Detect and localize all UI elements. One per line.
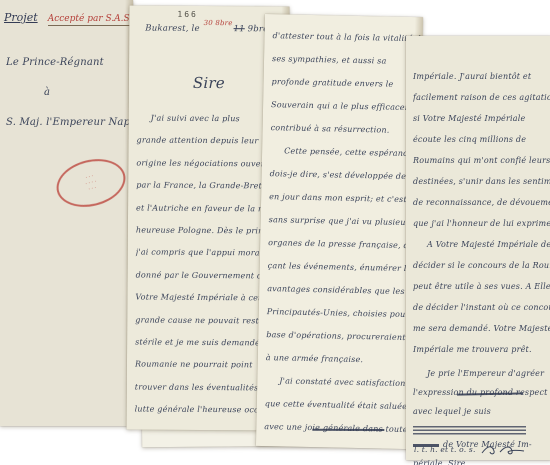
handwritten-line: Principautés-Unies, choisies pour [267,300,417,326]
handwritten-line: en jour dans mon esprit; et c'est [269,185,419,211]
handwritten-line: avec lequel je suis [413,402,550,421]
page3-body-text: Impériale. J'aurai bientôt etfacilement … [413,66,550,360]
handwritten-line: ses sympathies, et aussi sa [272,47,422,73]
handwritten-line: avec une joie générale dans toutes [264,415,414,441]
handwritten-line: destinées, s'unir dans les sentiments [413,171,550,192]
handwritten-line: de décider l'instant où ce concours [413,297,550,318]
handwritten-line: si Votre Majesté Impériale [413,108,550,129]
handwritten-line: facilement raison de ces agitations [413,87,550,108]
handwritten-line: Le Prince-Régnant [6,48,130,78]
handwritten-line: Roumains qui m'ont confié leurs [413,150,550,171]
stamp-row: · · · [88,185,97,193]
handwritten-line: organes de la presse française, devan- [268,231,418,257]
manuscript-page-2: d'attester tout à la fois la vitalité de… [256,14,423,449]
annotation-projet: Projet [4,11,38,24]
handwritten-line: peut être utile à ses vues. A Elle [413,276,550,297]
signature-abbreviation: l. t. h. et t. o. s. [414,445,476,454]
manuscript-page-3: Impériale. J'aurai bientôt etfacilement … [406,36,550,460]
dateline-red-correction: 30 8bre [204,19,233,27]
handwritten-line: Je prie l'Empereur d'agréer [413,364,550,383]
handwritten-line: d'attester tout à la fois la vitalité de [272,24,422,50]
handwritten-line: me sera demandé. Votre Majesté [413,318,550,339]
handwritten-line: avantages considérables que les [267,277,417,303]
cover-title: Le Prince-RégnantàS. Maj. l'Empereur Nap… [6,48,130,138]
handwritten-line: dois-je dire, s'est développée de jour [269,162,419,188]
handwritten-line: à [6,78,130,108]
handwritten-line: que j'ai l'honneur de lui exprimer. [413,213,550,234]
handwritten-line: profonde gratitude envers le [271,70,421,96]
handwritten-line [413,426,526,435]
handwritten-line: à une armée française. [266,346,416,372]
handwritten-line: çant les événements, énumérer les [267,254,417,280]
handwritten-line: A Votre Majesté Impériale de [413,234,550,255]
dateline-place: Bukarest, le [145,24,202,34]
handwritten-line: Impériale. J'aurai bientôt et [413,66,550,87]
manuscript-page-cover: Projet Accepté par S.A.S. Le Prince-Régn… [0,0,133,426]
archive-stamp-icon: · · · · · · · · · · [51,152,130,214]
handwritten-line: Impériale me trouvera prêt. [413,339,550,360]
handwritten-line: Cette pensée, cette espérance, [270,139,420,165]
handwritten-line: de reconnaissance, de dévouement [413,192,550,213]
handwritten-line: S. Maj. l'Empereur Napoléon. [6,108,130,138]
handwritten-line: sans surprise que j'ai vu plusieurs [268,208,418,234]
cover-annotations: Projet Accepté par S.A.S. [4,6,132,25]
handwritten-line: que cette éventualité était saluée [265,392,415,418]
handwritten-line: écoute les cinq millions de [413,129,550,150]
signature-line: l. t. h. et t. o. s. [414,444,526,456]
page2-body-text: d'attester tout à la fois la vitalité de… [264,24,423,441]
handwritten-line: J'ai constaté avec satisfaction [265,369,415,395]
dateline-struck-day: 11 [234,24,245,34]
handwritten-line: contribué à sa résurrection. [270,116,420,142]
folio-number: 166 [177,10,198,19]
handwritten-line: décider si le concours de la Roumanie [413,255,550,276]
signature-flourish-icon [480,444,526,456]
document-scan: Projet Accepté par S.A.S. Le Prince-Régn… [0,0,550,465]
annotation-accepte-red: Accepté par S.A.S. [48,14,133,26]
salutation: Sire [193,74,225,92]
handwritten-line: Souverain qui a le plus efficacement [271,93,421,119]
handwritten-line: l'expression du profond respect [413,383,550,402]
handwritten-line: base d'opérations, procureraient [266,323,416,349]
